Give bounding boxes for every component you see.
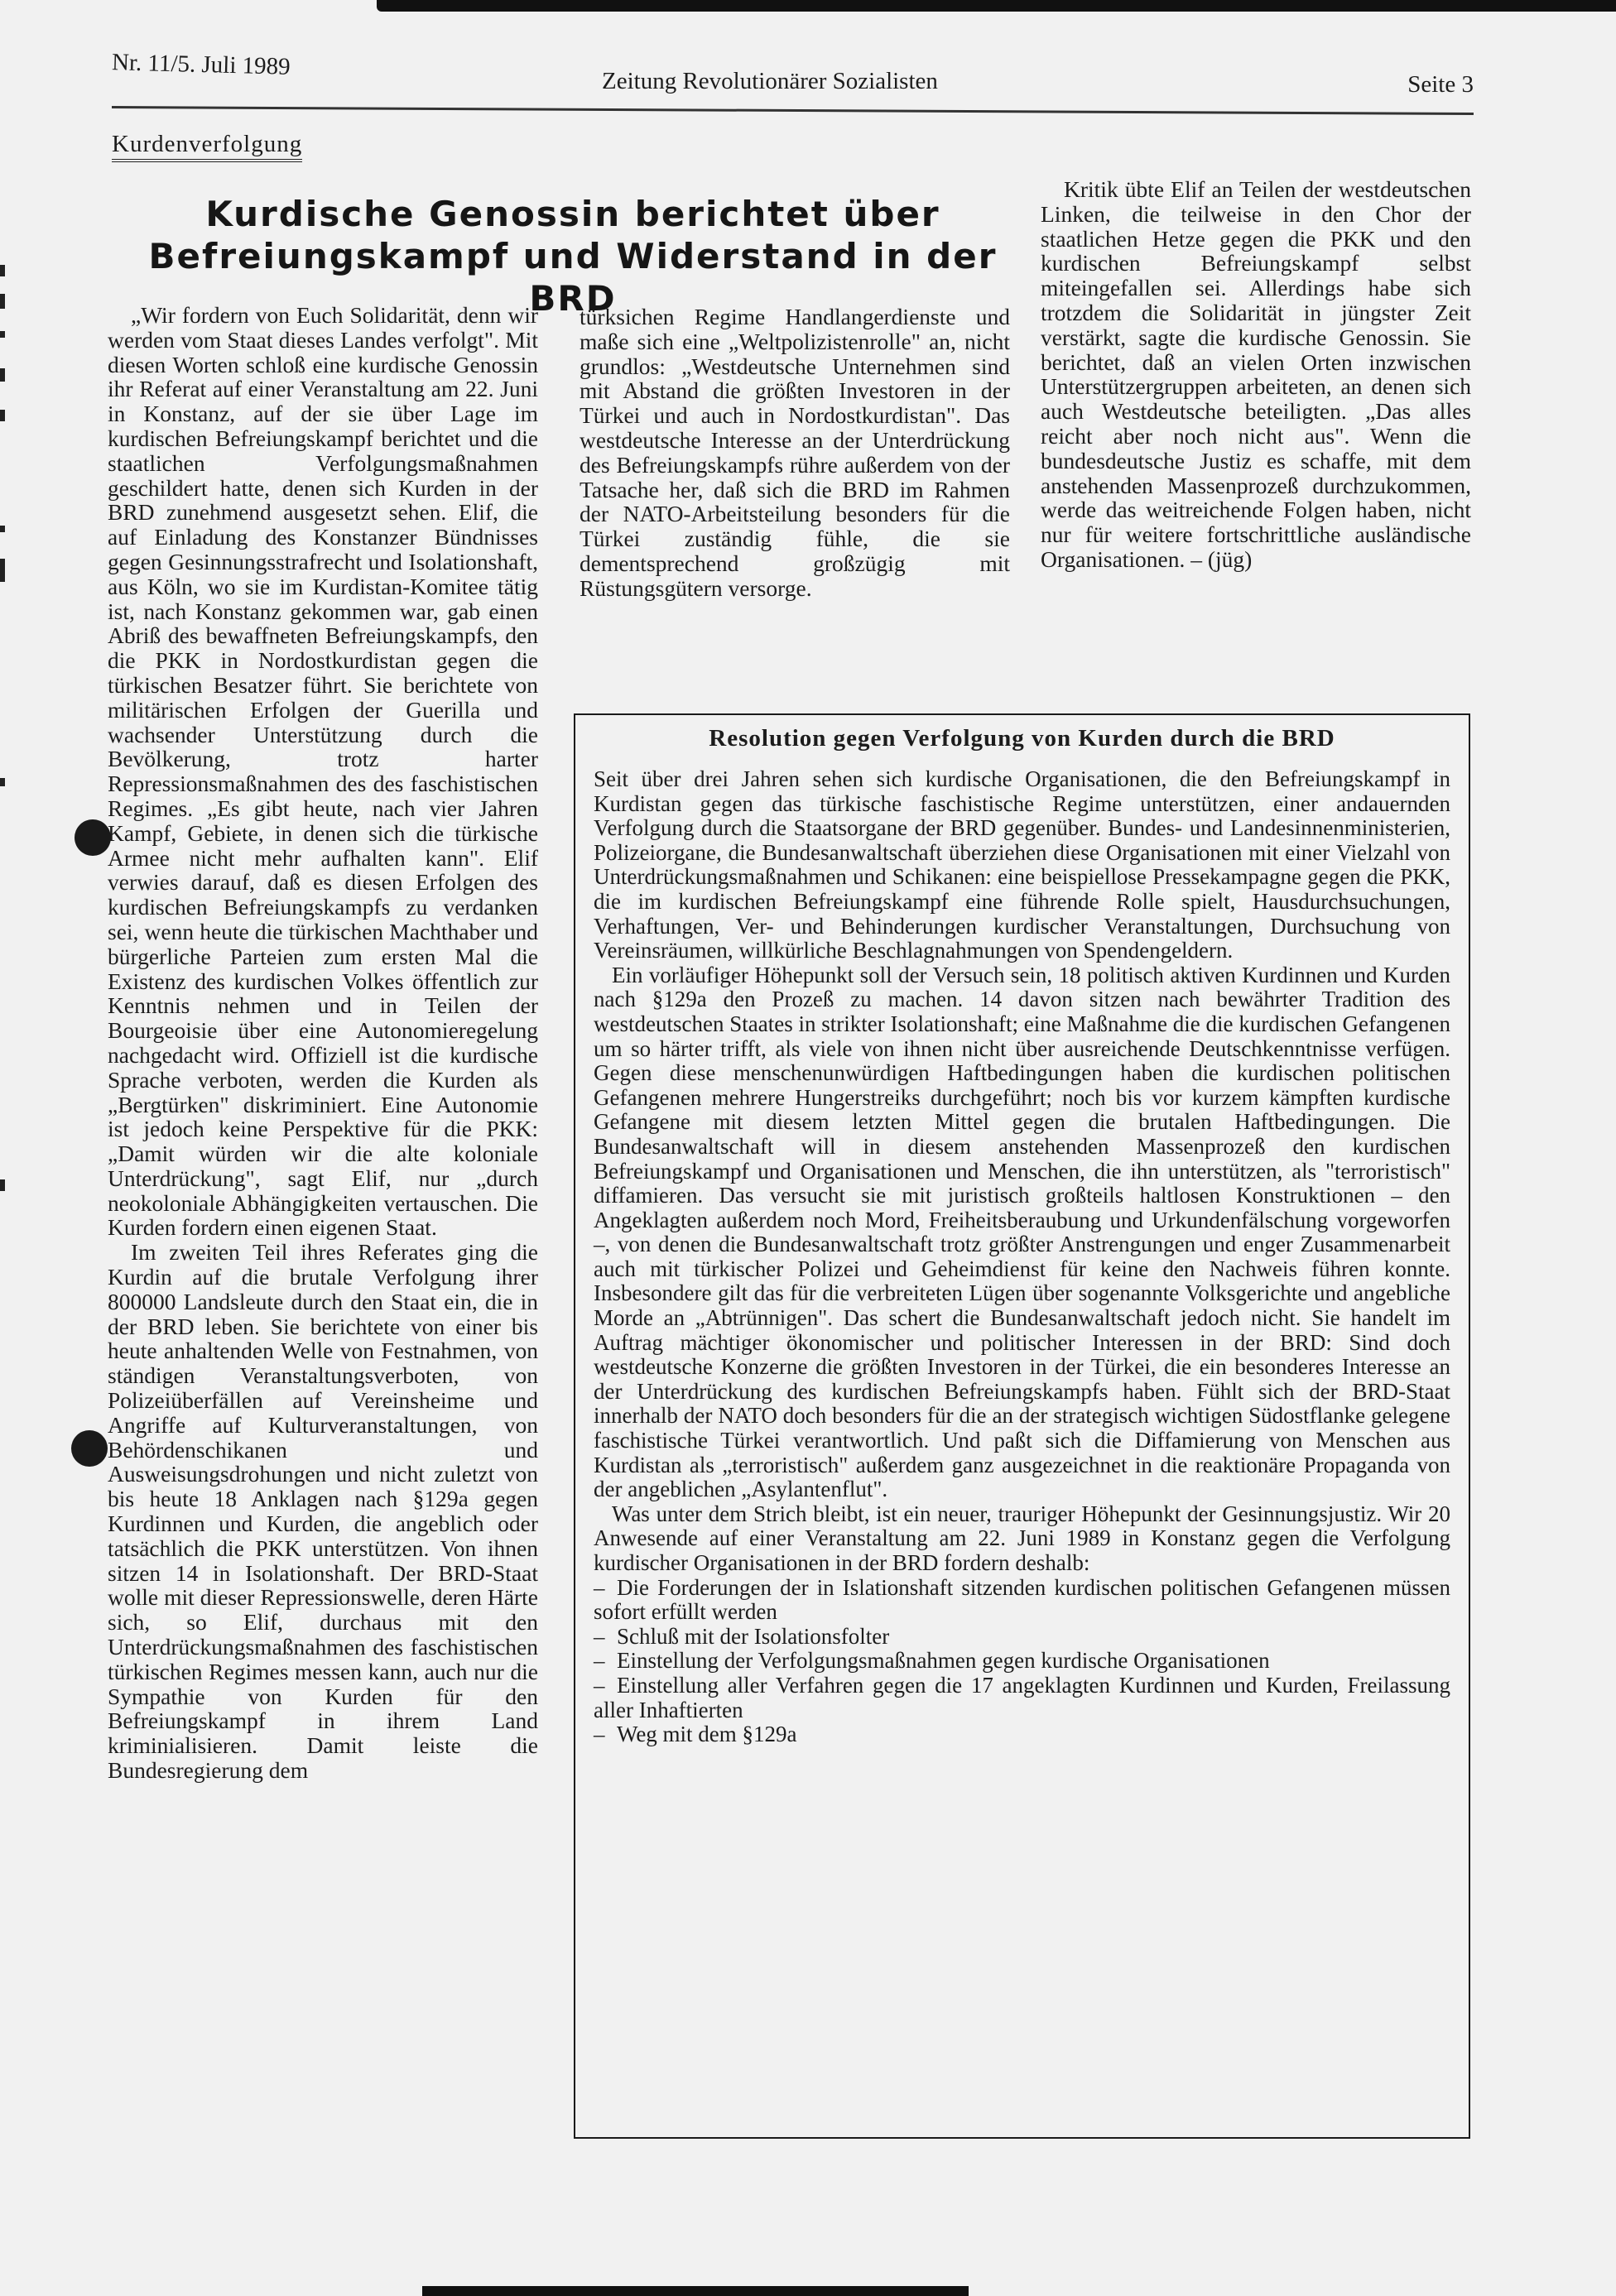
resolution-box: Resolution gegen Verfolgung von Kurden d… [574, 713, 1470, 2139]
masthead-rule [112, 106, 1474, 115]
article-paragraph: „Wir fordern von Euch Solidarität, denn … [108, 303, 538, 1240]
resolution-body: Seit über drei Jahren sehen sich kurdisc… [594, 767, 1450, 1747]
punch-hole-upper [75, 819, 111, 856]
punch-hole-lower [71, 1430, 108, 1467]
demand-item: –Schluß mit der Isolationsfolter [594, 1625, 1450, 1650]
article-paragraph: türksichen Regime Handlangerdienste und … [580, 305, 1010, 601]
masthead: Nr. 11/5. Juli 1989 Zeitung Revolutionär… [112, 43, 1474, 101]
section-kicker: Kurdenverfolgung [112, 131, 302, 162]
resolution-paragraph: Seit über drei Jahren sehen sich kurdisc… [594, 767, 1450, 963]
resolution-title: Resolution gegen Verfolgung von Kurden d… [594, 725, 1450, 752]
article-headline: Kurdische Genossin berichtet über Befrei… [142, 193, 1003, 319]
dash-bullet-icon: – [594, 1722, 617, 1747]
article-paragraph: Im zweiten Teil ihres Referates ging die… [108, 1240, 538, 1783]
resolution-paragraph: Was unter dem Strich bleibt, ist ein neu… [594, 1502, 1450, 1576]
article-column-left: „Wir fordern von Euch Solidarität, denn … [108, 303, 538, 1783]
article-paragraph: Kritik übte Elif an Teilen der westdeuts… [1041, 177, 1471, 572]
issue-number: Nr. 11/5. Juli 1989 [112, 49, 291, 81]
demands-list: –Die Forderungen der in Islationshaft si… [594, 1576, 1450, 1747]
margin-marks [0, 248, 7, 1242]
demand-item: –Einstellung aller Verfahren gegen die 1… [594, 1674, 1450, 1722]
scan-edge-bottom [422, 2286, 969, 2296]
dash-bullet-icon: – [594, 1576, 617, 1601]
article-column-middle: türksichen Regime Handlangerdienste und … [580, 305, 1010, 601]
article-column-right: Kritik übte Elif an Teilen der westdeuts… [1041, 177, 1471, 572]
scan-edge-top [377, 0, 1616, 12]
dash-bullet-icon: – [594, 1674, 617, 1698]
demand-item: –Die Forderungen der in Islationshaft si… [594, 1576, 1450, 1625]
paper-name: Zeitung Revolutionärer Sozialisten [602, 68, 938, 95]
dash-bullet-icon: – [594, 1649, 617, 1674]
dash-bullet-icon: – [594, 1625, 617, 1650]
page-number: Seite 3 [1407, 71, 1474, 98]
demand-item: –Einstellung der Verfolgungsmaßnahmen ge… [594, 1649, 1450, 1674]
resolution-paragraph: Ein vorläufiger Höhepunkt soll der Versu… [594, 963, 1450, 1502]
demand-item: –Weg mit dem §129a [594, 1722, 1450, 1747]
